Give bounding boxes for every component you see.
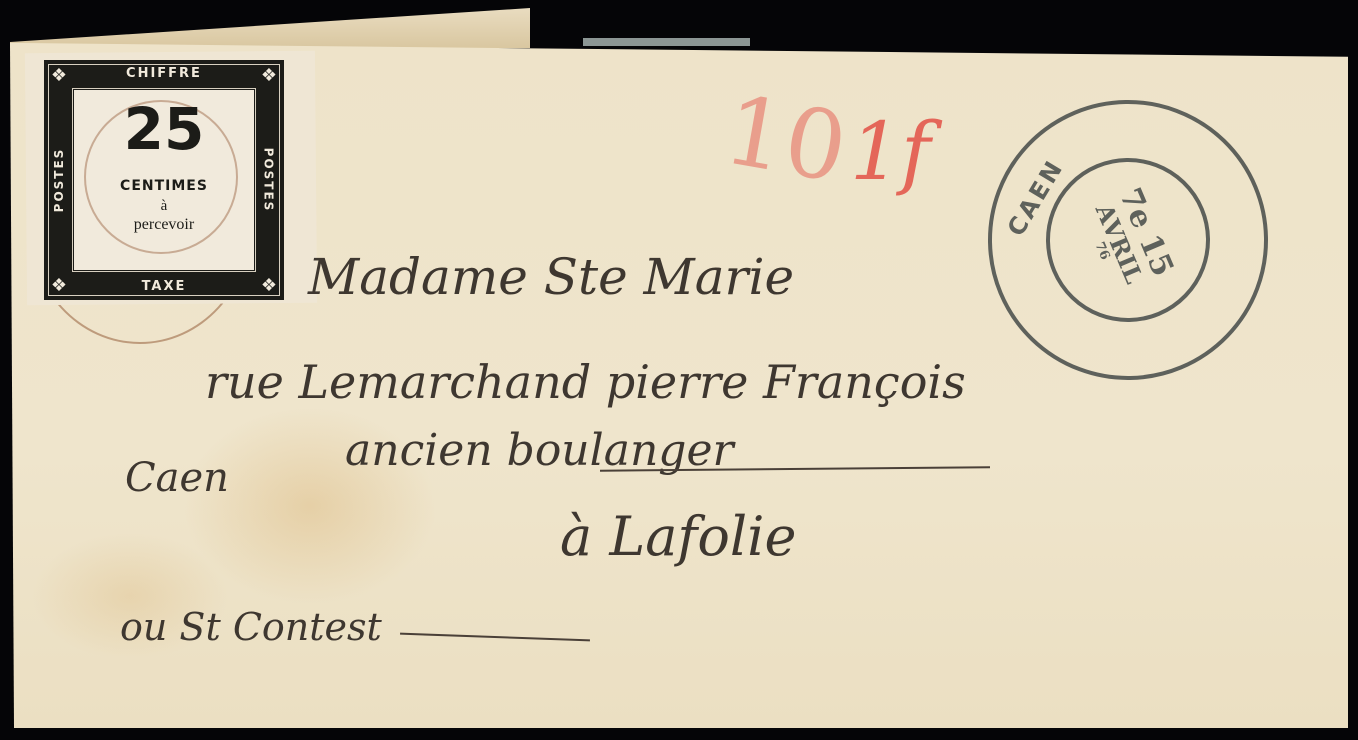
paper-slip <box>583 38 750 46</box>
address-line-1: Madame Ste Marie <box>308 248 794 306</box>
address-line-2: rue Lemarchand pierre François <box>205 355 966 409</box>
envelope-flap <box>10 8 530 48</box>
postage-due-stamp: ❖ ❖ ❖ ❖ CHIFFRE TAXE POSTES POSTES 25 CE… <box>44 60 284 300</box>
stamp-value: 25 <box>44 100 284 158</box>
stamp-line-b: percevoir <box>44 216 284 234</box>
stamp-line-a: à <box>44 198 284 215</box>
stamp-top-label: CHIFFRE <box>44 66 284 81</box>
red-mark-faint: 10 <box>716 75 854 204</box>
note-bottom: ou St Contest <box>120 605 382 649</box>
red-mark-main: 1f <box>850 105 931 198</box>
address-line-4: à Lafolie <box>560 505 796 568</box>
stamp-unit: CENTIMES <box>44 178 284 194</box>
stamp-bottom-label: TAXE <box>44 279 284 294</box>
red-crayon-tax-mark: 10 1f <box>715 85 945 245</box>
note-left: Caen <box>125 455 229 501</box>
